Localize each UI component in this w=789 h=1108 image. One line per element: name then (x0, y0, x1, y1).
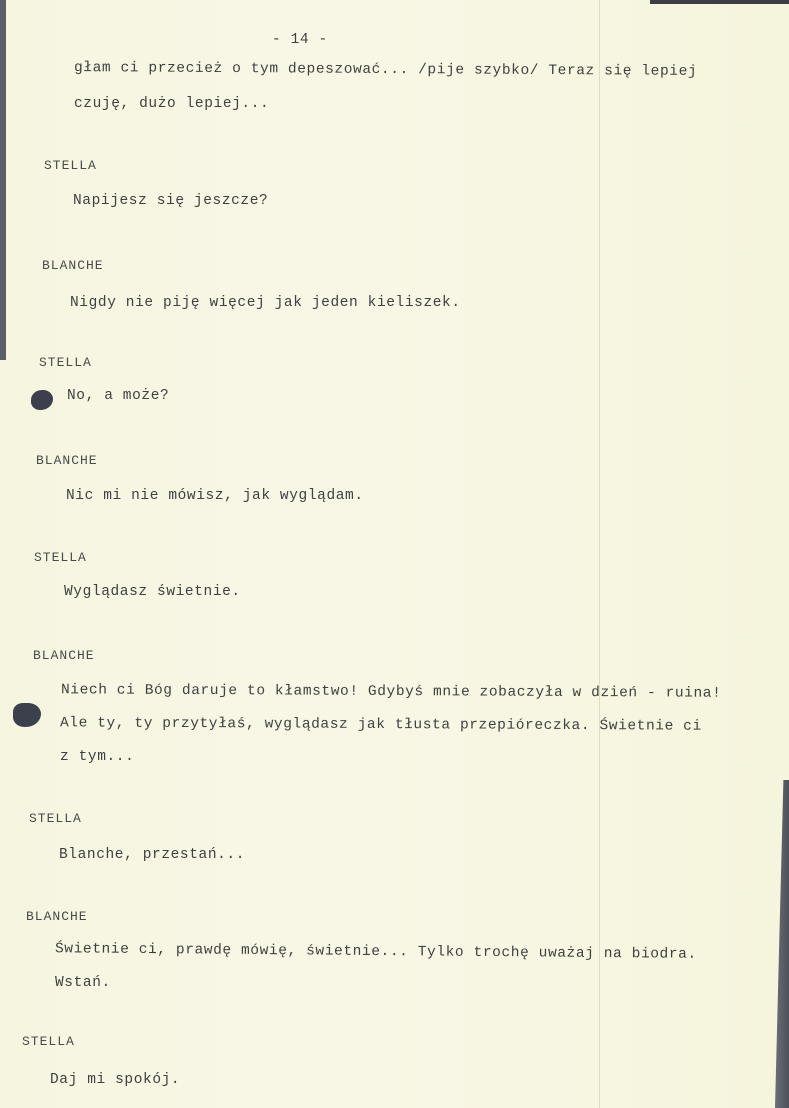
dialogue-line: z tym... (60, 749, 134, 765)
scan-edge-top (650, 0, 789, 4)
dialogue-line: Blanche, przestań... (59, 847, 245, 863)
speaker-name: STELLA (22, 1034, 75, 1049)
dialogue-line: Daj mi spokój. (50, 1072, 180, 1088)
dialogue-line: Nigdy nie piję więcej jak jeden kielisze… (70, 295, 461, 311)
scan-edge-left (0, 0, 6, 360)
dialogue-line: Świetnie ci, prawdę mówię, świetnie... T… (55, 941, 697, 963)
paper-fold-line (599, 0, 600, 1108)
ink-blot (31, 390, 53, 410)
dialogue-line: Niech ci Bóg daruje to kłamstwo! Gdybyś … (61, 682, 721, 701)
dialogue-line: Ale ty, ty przytyłaś, wyglądasz jak tłus… (60, 715, 702, 734)
speaker-name: STELLA (44, 158, 97, 173)
speaker-name: BLANCHE (33, 648, 95, 663)
continuation-line: czuję, dużo lepiej... (74, 96, 269, 112)
dialogue-line: Nic mi nie mówisz, jak wyglądam. (66, 488, 364, 504)
dialogue-line: Wstań. (55, 975, 111, 991)
scan-edge-right (775, 780, 789, 1108)
typewritten-page: - 14 - głam ci przecież o tym depeszować… (0, 0, 789, 1108)
dialogue-line: Napijesz się jeszcze? (73, 193, 268, 209)
speaker-name: STELLA (34, 550, 87, 565)
speaker-name: STELLA (39, 355, 92, 370)
speaker-name: BLANCHE (36, 453, 98, 468)
dialogue-line: Wyglądasz świetnie. (64, 584, 241, 600)
ink-blot (13, 703, 41, 727)
page-number: - 14 - (272, 32, 328, 48)
continuation-line: głam ci przecież o tym depeszować... /pi… (74, 60, 697, 80)
dialogue-line: No, a może? (67, 388, 169, 404)
speaker-name: STELLA (29, 811, 82, 826)
speaker-name: BLANCHE (42, 258, 104, 273)
speaker-name: BLANCHE (26, 909, 88, 924)
